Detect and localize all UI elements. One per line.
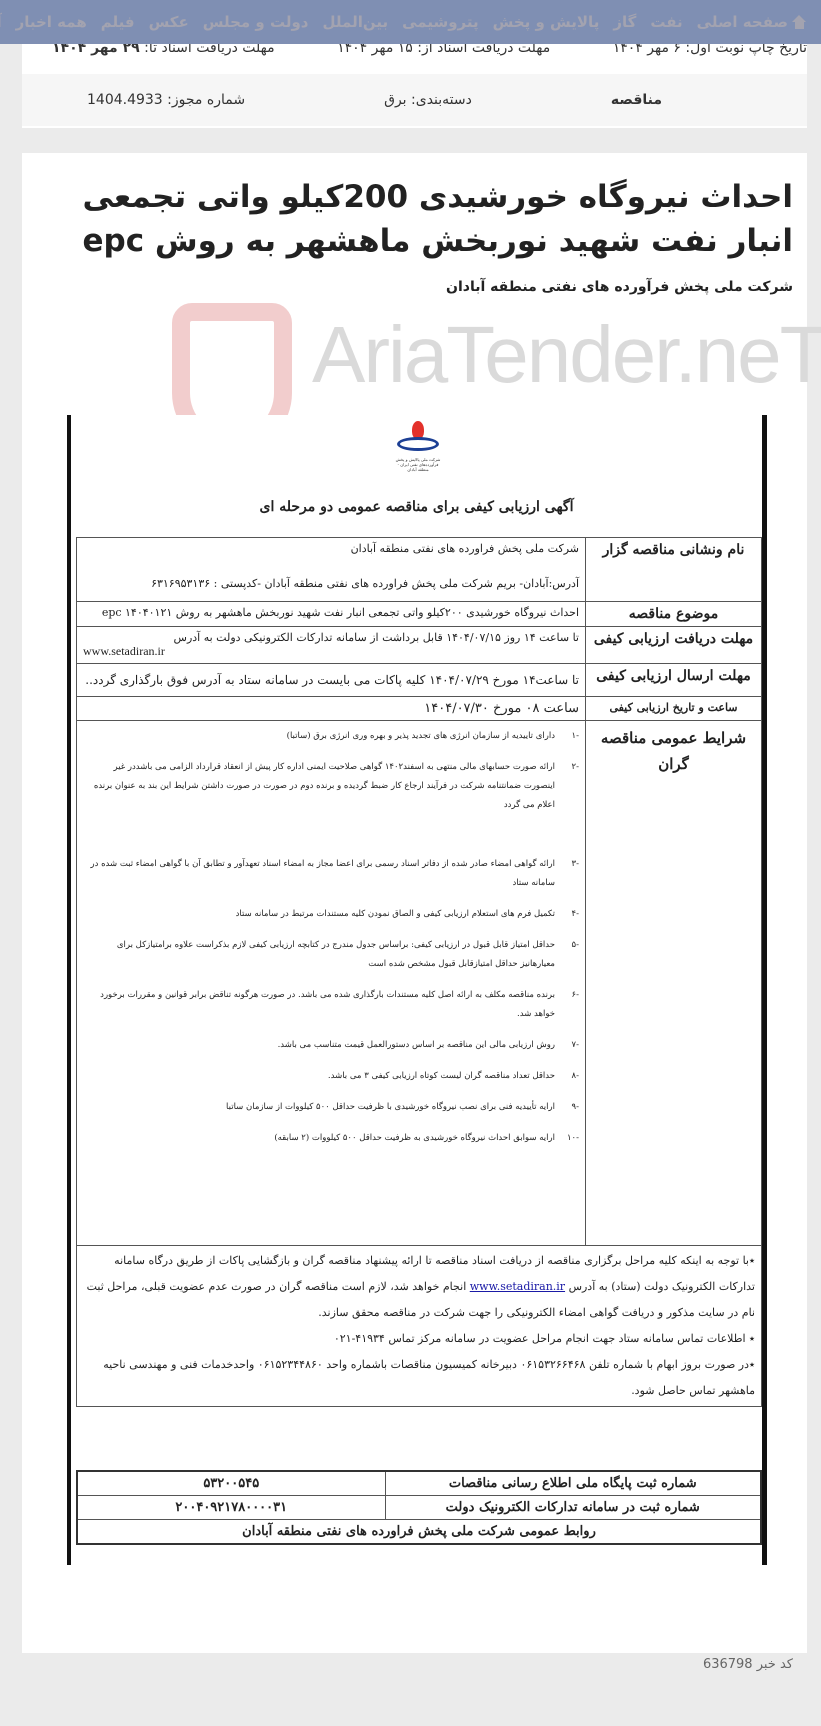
table-row: نام ونشانی مناقصه گزار شرکت ملی پخش فراو… bbox=[77, 538, 762, 602]
conditions-cell: -۱دارای تاییدیه از سازمان انرژی های تجدی… bbox=[77, 721, 586, 1246]
item-text: حداقل امتیاز قابل قبول در ارزیابی کیفی: … bbox=[83, 936, 555, 974]
item-text: دارای تاییدیه از سازمان انرژی های تجدید … bbox=[287, 727, 555, 746]
home-icon bbox=[792, 15, 807, 29]
tender-type: مناقصه bbox=[611, 92, 662, 108]
nav-item-international[interactable]: بین‌الملل bbox=[323, 13, 389, 31]
row-label: مهلت ارسال ارزیابی کیفی bbox=[586, 664, 762, 697]
row-label: ساعت و تاریخ ارزیابی کیفی bbox=[586, 697, 762, 721]
table-row: شرایط عمومی مناقصه گران -۱دارای تاییدیه … bbox=[77, 721, 762, 1246]
article-title: احداث نیروگاه خورشیدی 200کیلو واتی تجمعی… bbox=[33, 175, 793, 263]
meta-info: مناقصه دسته‌بندی: برق شماره مجوز: 1404.4… bbox=[22, 74, 807, 126]
item-text: تکمیل فرم های استعلام ارزیابی کیفی و الص… bbox=[236, 905, 555, 924]
list-item: -۴تکمیل فرم های استعلام ارزیابی کیفی و ا… bbox=[83, 905, 579, 924]
item-number: -۲ bbox=[555, 758, 579, 815]
notes-cell: ٭با توجه به اینکه کلیه مراحل برگزاری منا… bbox=[77, 1246, 762, 1407]
item-number: -۴ bbox=[555, 905, 579, 924]
document-heading: آگهی ارزیابی کیفی برای مناقصه عمومی دو م… bbox=[71, 499, 762, 515]
setad-link[interactable]: www.setadiran.ir bbox=[470, 1280, 565, 1293]
item-number: -۵ bbox=[555, 936, 579, 974]
note-ambiguity: ٭در صورت بروز ابهام با شماره تلفن ۰۶۱۵۳۲… bbox=[83, 1352, 755, 1404]
watermark-text: AriaTender.neT bbox=[312, 309, 821, 401]
item-number: -۹ bbox=[555, 1098, 579, 1117]
row-value: تا ساعت۱۴ مورخ ۱۴۰۴/۰۷/۲۹ کلیه پاکات می … bbox=[77, 664, 586, 697]
notes-row: ٭با توجه به اینکه کلیه مراحل برگزاری منا… bbox=[77, 1246, 762, 1407]
list-item: -۱۰ارایه سوابق احداث نیروگاه خورشیدی به … bbox=[83, 1129, 579, 1148]
document-footer: روابط عمومی شرکت ملی پخش فراورده های نفت… bbox=[77, 1520, 761, 1545]
item-number: -۱ bbox=[555, 727, 579, 746]
row-label: شرایط عمومی مناقصه گران bbox=[586, 721, 762, 1246]
nav-item-photo[interactable]: عکس bbox=[149, 13, 189, 31]
tender-meta-card: تاریخ چاپ نوبت اول: ۶ مهر ۱۴۰۴ مهلت دریا… bbox=[22, 30, 807, 128]
row-label: نام ونشانی مناقصه گزار bbox=[586, 538, 762, 602]
table-row: شماره ثبت در سامانه تدارکات الکترونیک دو… bbox=[77, 1496, 761, 1520]
item-text: ارایه سوابق احداث نیروگاه خورشیدی به ظرف… bbox=[274, 1129, 555, 1148]
list-item: -۶برنده مناقصه مکلف به ارائه اصل کلیه مس… bbox=[83, 986, 579, 1024]
registry-label: شماره ثبت در سامانه تدارکات الکترونیک دو… bbox=[385, 1496, 761, 1520]
row-value: ساعت ۰۸ مورخ ۱۴۰۴/۰۷/۳۰ bbox=[77, 697, 586, 721]
item-number: -۶ bbox=[555, 986, 579, 1024]
table-row: مهلت دریافت ارزیابی کیفی تا ساعت ۱۴ روز … bbox=[77, 627, 762, 664]
tenderer-address: آدرس:آبادان- بریم شرکت ملی پخش فراورده ه… bbox=[83, 577, 579, 590]
item-number: -۷ bbox=[555, 1036, 579, 1055]
row-label: موضوع مناقصه bbox=[586, 602, 762, 627]
license-number: شماره مجوز: 1404.4933 bbox=[87, 92, 245, 108]
list-item: -۳ارائه گواهی امضاء صادر شده از دفاتر اس… bbox=[83, 855, 579, 893]
row-label: مهلت دریافت ارزیابی کیفی bbox=[586, 627, 762, 664]
news-code: کد خبر 636798 bbox=[703, 1657, 793, 1672]
table-row: ساعت و تاریخ ارزیابی کیفی ساعت ۰۸ مورخ ۱… bbox=[77, 697, 762, 721]
item-text: روش ارزیابی مالی این مناقصه بر اساس دستو… bbox=[278, 1036, 555, 1055]
item-text: ارائه گواهی امضاء صادر شده از دفاتر اسنا… bbox=[83, 855, 555, 893]
article-company: شرکت ملی پخش فرآورده های نفتی منطقه آباد… bbox=[446, 279, 793, 295]
table-row: مهلت ارسال ارزیابی کیفی تا ساعت۱۴ مورخ ۱… bbox=[77, 664, 762, 697]
registry-value: ۲۰۰۴۰۹۲۱۷۸۰۰۰۰۳۱ bbox=[77, 1496, 385, 1520]
tender-document-image: شرکت ملی پالایش و پخش فرآورده‌های نفتی ا… bbox=[67, 415, 767, 1565]
table-row: روابط عمومی شرکت ملی پخش فراورده های نفت… bbox=[77, 1520, 761, 1545]
row-value: احداث نیروگاه خورشیدی ۲۰۰کیلو واتی تجمعی… bbox=[77, 602, 586, 627]
item-number: -۱۰ bbox=[555, 1129, 579, 1148]
conditions-list: -۱دارای تاییدیه از سازمان انرژی های تجدی… bbox=[83, 727, 579, 1148]
registry-label: شماره ثبت پایگاه ملی اطلاع رسانی مناقصات bbox=[385, 1471, 761, 1496]
list-item: -۹ارایه تأییدیه فنی برای نصب نیروگاه خور… bbox=[83, 1098, 579, 1117]
list-item: -۱دارای تاییدیه از سازمان انرژی های تجدی… bbox=[83, 727, 579, 746]
list-item: -۲ارائه صورت حسابهای مالی منتهی به اسفند… bbox=[83, 758, 579, 815]
nav-item-label: صفحه اصلی bbox=[697, 13, 788, 31]
nav-item-petrochemical[interactable]: پتروشیمی bbox=[402, 13, 479, 31]
nioc-logo: شرکت ملی پالایش و پخش فرآورده‌های نفتی ا… bbox=[393, 421, 443, 476]
item-text: ارائه صورت حسابهای مالی منتهی به اسفند۱۴… bbox=[83, 758, 555, 815]
item-text: ارایه تأییدیه فنی برای نصب نیروگاه خورشی… bbox=[226, 1098, 555, 1117]
registry-value: ۵۳۲۰۰۵۴۵ bbox=[77, 1471, 385, 1496]
nav-item-film[interactable]: فیلم bbox=[101, 13, 135, 31]
nav-item-home[interactable]: صفحه اصلی bbox=[697, 13, 807, 31]
receive-deadline: تا ساعت ۱۴ روز ۱۴۰۴/۰۷/۱۵ قابل برداشت از… bbox=[83, 631, 579, 644]
nav-item-all-news[interactable]: همه اخبار bbox=[16, 13, 87, 31]
table-row: شماره ثبت پایگاه ملی اطلاع رسانی مناقصات… bbox=[77, 1471, 761, 1496]
logo-caption: شرکت ملی پالایش و پخش فرآورده‌های نفتی ا… bbox=[393, 457, 443, 472]
nav-item-government[interactable]: دولت و مجلس bbox=[203, 13, 309, 31]
tender-category[interactable]: دسته‌بندی: برق bbox=[384, 92, 472, 108]
nav-item-oil[interactable]: نفت bbox=[650, 13, 682, 31]
row-value: شرکت ملی پخش فراورده های نفتی منطقه آباد… bbox=[77, 538, 586, 602]
tenderer-name: شرکت ملی پخش فراورده های نفتی منطقه آباد… bbox=[83, 542, 579, 555]
top-nav: صفحه اصلی نفت گاز پالایش و پخش پتروشیمی … bbox=[0, 0, 821, 44]
list-item: -۵حداقل امتیاز قابل قبول در ارزیابی کیفی… bbox=[83, 936, 579, 974]
nav-item-gas[interactable]: گاز bbox=[613, 13, 636, 31]
setad-url: www.setadiran.ir bbox=[83, 644, 579, 659]
registry-table: شماره ثبت پایگاه ملی اطلاع رسانی مناقصات… bbox=[76, 1470, 762, 1545]
rings-icon bbox=[397, 437, 439, 451]
nav-item-refining[interactable]: پالایش و پخش bbox=[493, 13, 600, 31]
list-item: -۷روش ارزیابی مالی این مناقصه بر اساس دس… bbox=[83, 1036, 579, 1055]
table-row: موضوع مناقصه احداث نیروگاه خورشیدی ۲۰۰کی… bbox=[77, 602, 762, 627]
item-text: حداقل تعداد مناقصه گران لیست کوتاه ارزیا… bbox=[328, 1067, 555, 1086]
item-number: -۳ bbox=[555, 855, 579, 893]
note-setad: ٭با توجه به اینکه کلیه مراحل برگزاری منا… bbox=[83, 1248, 755, 1326]
item-number: -۸ bbox=[555, 1067, 579, 1086]
item-text: برنده مناقصه مکلف به ارائه اصل کلیه مستن… bbox=[83, 986, 555, 1024]
tender-table: نام ونشانی مناقصه گزار شرکت ملی پخش فراو… bbox=[76, 537, 762, 1407]
note-contact: ٭ اطلاعات تماس سامانه ستاد جهت انجام مرا… bbox=[83, 1326, 755, 1352]
nav-item-ads[interactable]: آگه bbox=[0, 13, 2, 31]
row-value: تا ساعت ۱۴ روز ۱۴۰۴/۰۷/۱۵ قابل برداشت از… bbox=[77, 627, 586, 664]
article-card: احداث نیروگاه خورشیدی 200کیلو واتی تجمعی… bbox=[22, 153, 807, 1653]
list-item: -۸حداقل تعداد مناقصه گران لیست کوتاه ارز… bbox=[83, 1067, 579, 1086]
